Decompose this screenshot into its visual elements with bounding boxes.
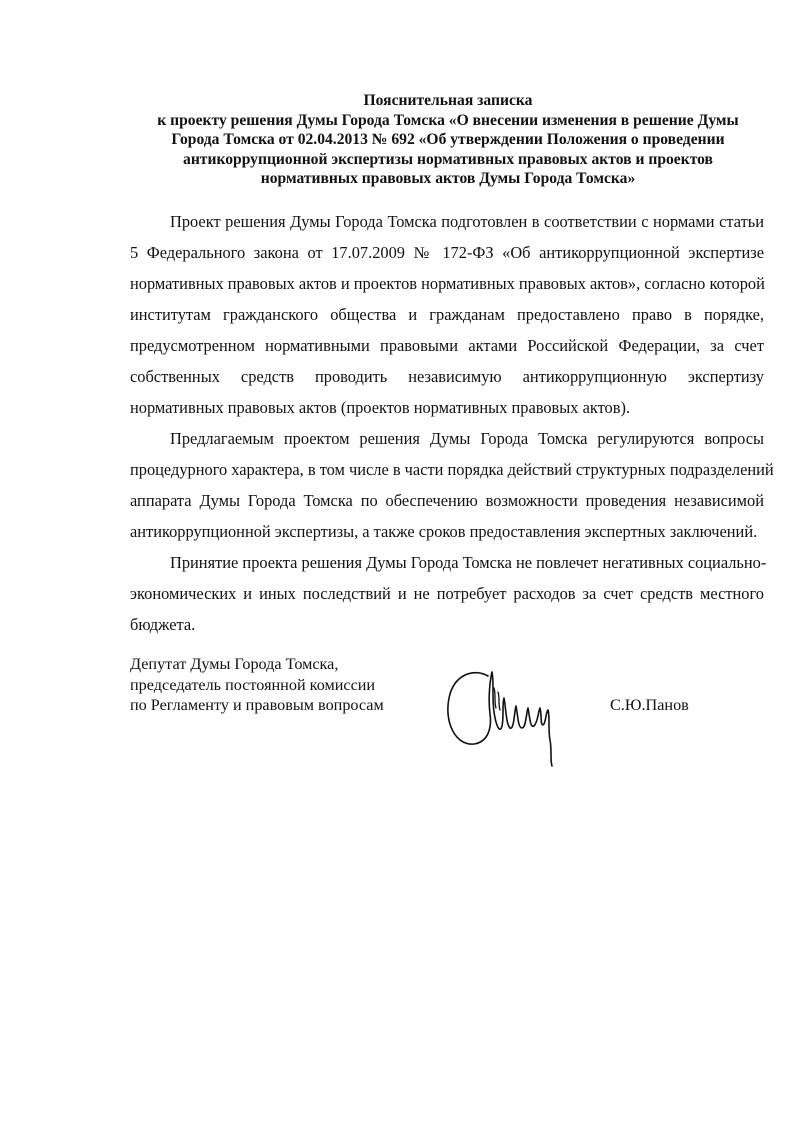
title-line: антикоррупционной экспертизы нормативных…: [130, 150, 766, 170]
paragraph-procedural-issues: Предлагаемым проектом решения Думы Город…: [130, 423, 764, 547]
document-body: Проект решения Думы Города Томска подгот…: [130, 206, 764, 640]
title-line: Пояснительная записка: [130, 91, 766, 111]
title-line: к проекту решения Думы Города Томска «О …: [130, 111, 766, 131]
paragraph-legal-basis: Проект решения Думы Города Томска подгот…: [130, 206, 764, 423]
signer-name: С.Ю.Панов: [610, 695, 689, 715]
paragraph-consequences: Принятие проекта решения Думы Города Том…: [130, 547, 764, 640]
text-line: 5 Федерального закона от 17.07.2009 № 17…: [130, 237, 764, 268]
position-line: Депутат Думы Города Томска,: [130, 654, 384, 675]
title-line: Города Томска от 02.04.2013 № 692 «Об ут…: [130, 130, 766, 150]
position-line: председатель постоянной комиссии: [130, 675, 384, 696]
title-line: нормативных правовых актов Думы Города Т…: [130, 169, 766, 189]
text-line: процедурного характера, в том числе в ча…: [130, 454, 764, 485]
text-line: экономических и иных последствий и не по…: [130, 578, 764, 609]
document-title: Пояснительная записка к проекту решения …: [130, 91, 766, 189]
text-line: институтам гражданского общества и гражд…: [130, 299, 764, 330]
signature-icon: [444, 668, 564, 768]
text-line: нормативных правовых актов (проектов нор…: [130, 392, 764, 423]
signatory-position: Депутат Думы Города Томска, председатель…: [130, 654, 384, 716]
document-page: Пояснительная записка к проекту решения …: [0, 0, 809, 1139]
text-line: нормативных правовых актов и проектов но…: [130, 268, 764, 299]
text-line: Принятие проекта решения Думы Города Том…: [130, 547, 764, 578]
text-line: собственных средств проводить независиму…: [130, 361, 764, 392]
text-line: предусмотренном нормативными правовыми а…: [130, 330, 764, 361]
text-line: Проект решения Думы Города Томска подгот…: [130, 206, 764, 237]
text-line: антикоррупционной экспертизы, а также ср…: [130, 516, 764, 547]
text-line: бюджета.: [130, 609, 764, 640]
text-line: Предлагаемым проектом решения Думы Город…: [130, 423, 764, 454]
text-line: аппарата Думы Города Томска по обеспечен…: [130, 485, 764, 516]
position-line: по Регламенту и правовым вопросам: [130, 695, 384, 716]
